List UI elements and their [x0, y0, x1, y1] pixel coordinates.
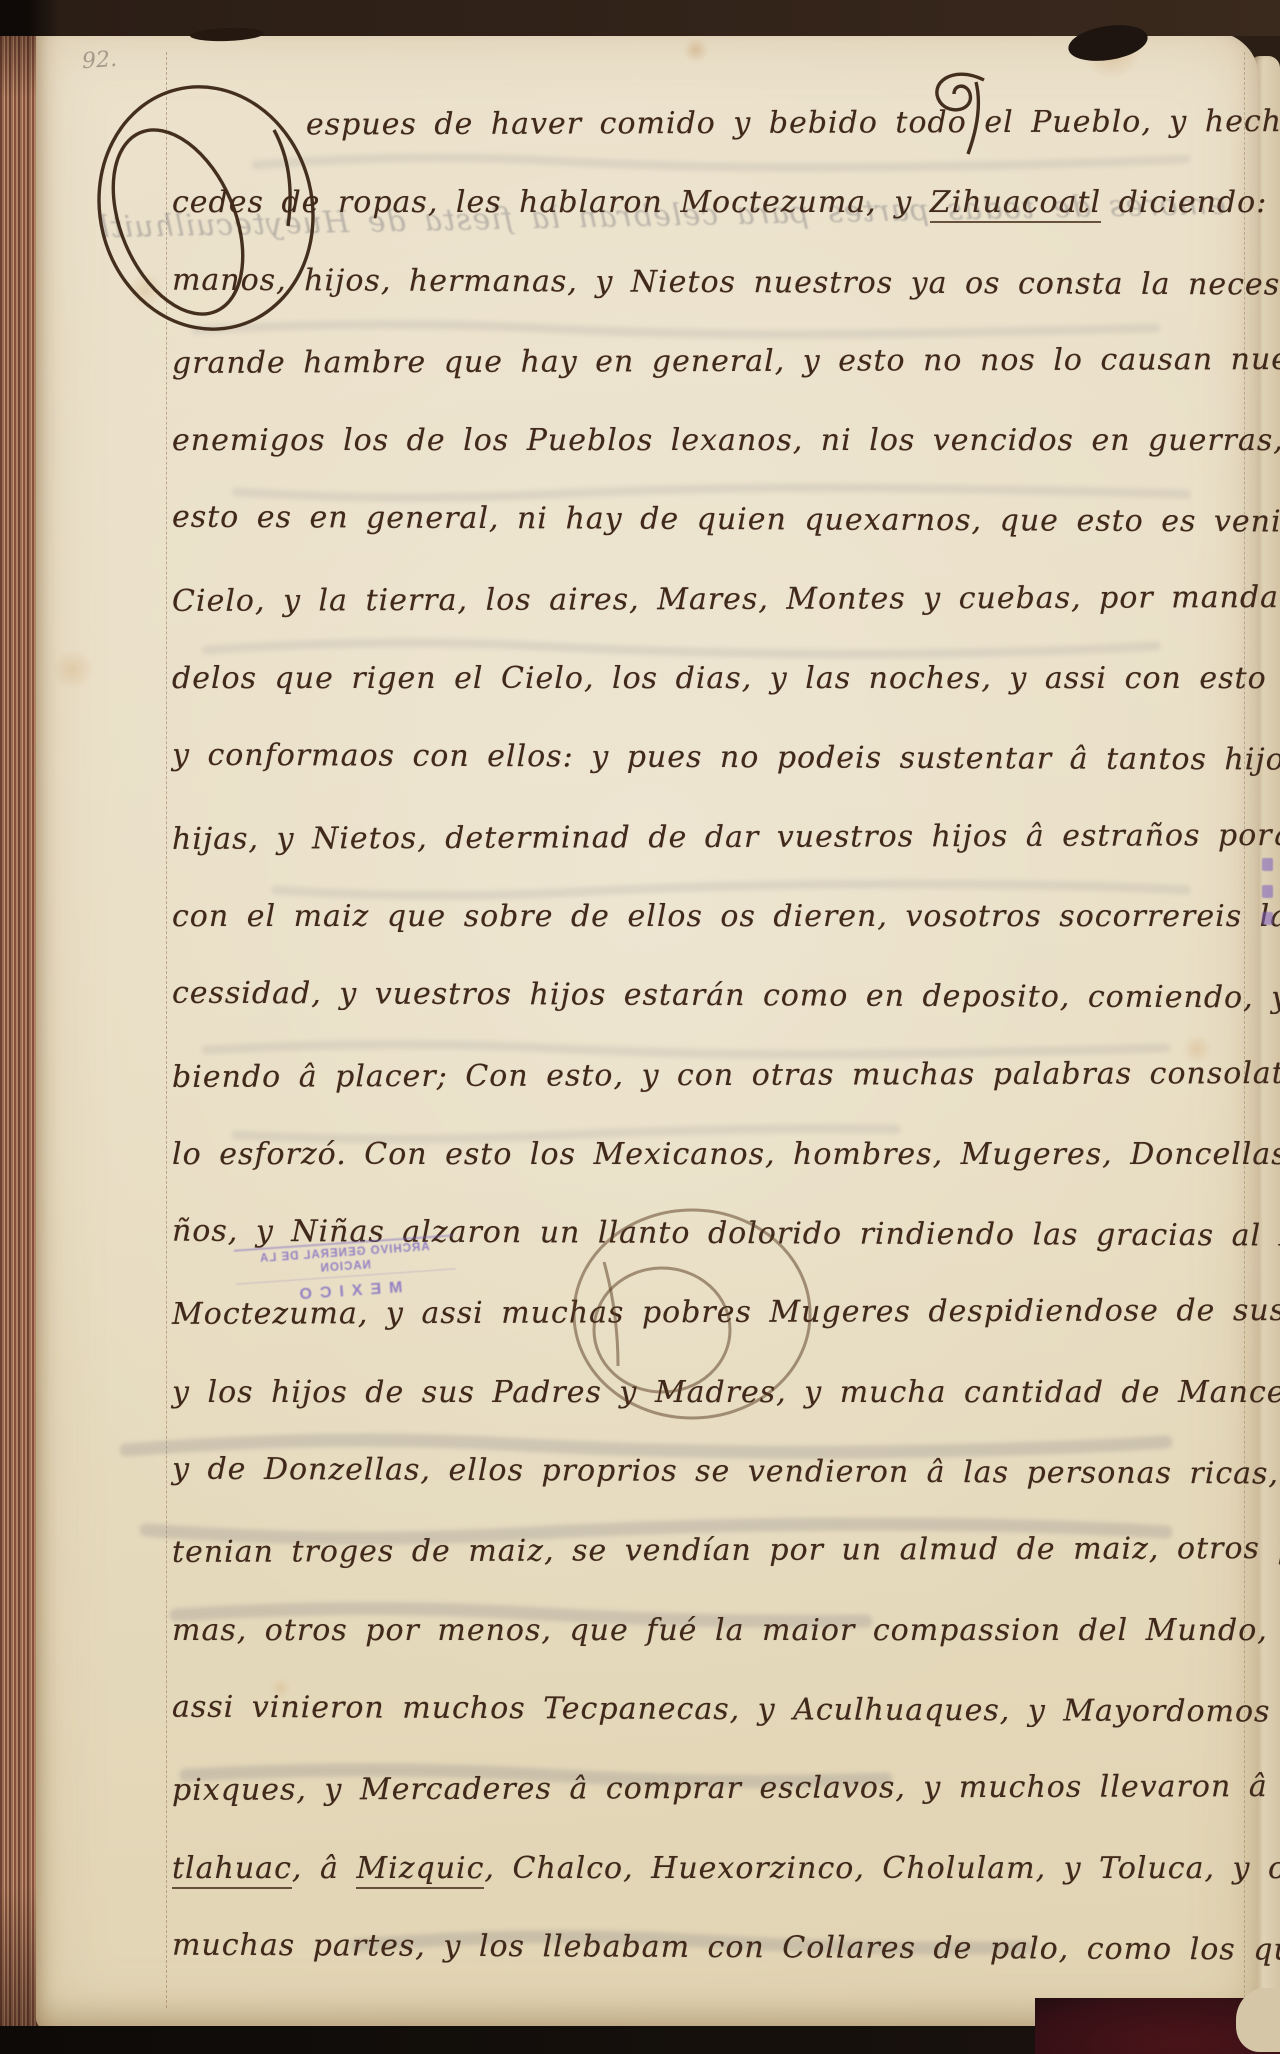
manuscript-line: espues de haver comido y bebido todo el …	[172, 82, 1258, 165]
manuscript-line: y conformaos con ellos: y pues no podeis…	[172, 716, 1258, 800]
stamp-bleed-marks	[1260, 858, 1274, 998]
manuscript-line: muchas partes, y los llebabam con Collar…	[172, 1905, 1258, 1989]
manuscript-line: delos que rigen el Cielo, los dias, y la…	[172, 639, 1258, 718]
manuscript-line: con el maiz que sobre de ellos os dieren…	[172, 877, 1258, 956]
manuscript-line: hijas, y Nietos, determinad de dar vuest…	[172, 796, 1258, 879]
manuscript-line: tlahuac, â Mizquic, Chalco, Huexorzinco,…	[172, 1829, 1258, 1908]
manuscript-line: tenian troges de maiz, se vendían por un…	[172, 1509, 1258, 1592]
manuscript-line: enemigos los de los Pueblos lexanos, ni …	[172, 401, 1258, 480]
manuscript-line: biendo â placer; Con esto, y con otras m…	[172, 1034, 1258, 1117]
left-margin-rule	[166, 52, 167, 2008]
manuscript-line: assi vinieron muchos Tecpanecas, y Aculh…	[172, 1668, 1258, 1752]
manuscript-line: cedes de ropas, les hablaron Moctezuma, …	[172, 163, 1258, 242]
next-page-corner-curl	[1236, 1988, 1280, 2052]
manuscript-line: cessidad, y vuestros hijos estarán como …	[172, 954, 1258, 1038]
manuscript-text: espues de haver comido y bebido todo el …	[172, 84, 1258, 1987]
manuscript-line: pixques, y Mercaderes â comprar esclavos…	[172, 1747, 1258, 1830]
manuscript-scan: 92. emores de todas partes para celebran…	[0, 0, 1280, 2054]
book-page-fore-edges	[0, 8, 40, 2048]
manuscript-line: esto es en general, ni hay de quien quex…	[172, 478, 1258, 562]
manuscript-line: lo esforzó. Con esto los Mexicanos, homb…	[172, 1115, 1258, 1194]
folio-number: 92.	[81, 47, 118, 74]
manuscript-page: 92. emores de todas partes para celebran…	[36, 30, 1258, 2028]
manuscript-line: Cielo, y la tierra, los aires, Mares, Mo…	[172, 558, 1258, 641]
manuscript-line: mas, otros por menos, que fué la maior c…	[172, 1591, 1258, 1670]
manuscript-line: grande hambre que hay en general, y esto…	[172, 320, 1258, 403]
manuscript-line: manos, hijos, hermanas, y Nietos nuestro…	[172, 240, 1258, 324]
ink-circle-mark	[560, 1198, 820, 1443]
